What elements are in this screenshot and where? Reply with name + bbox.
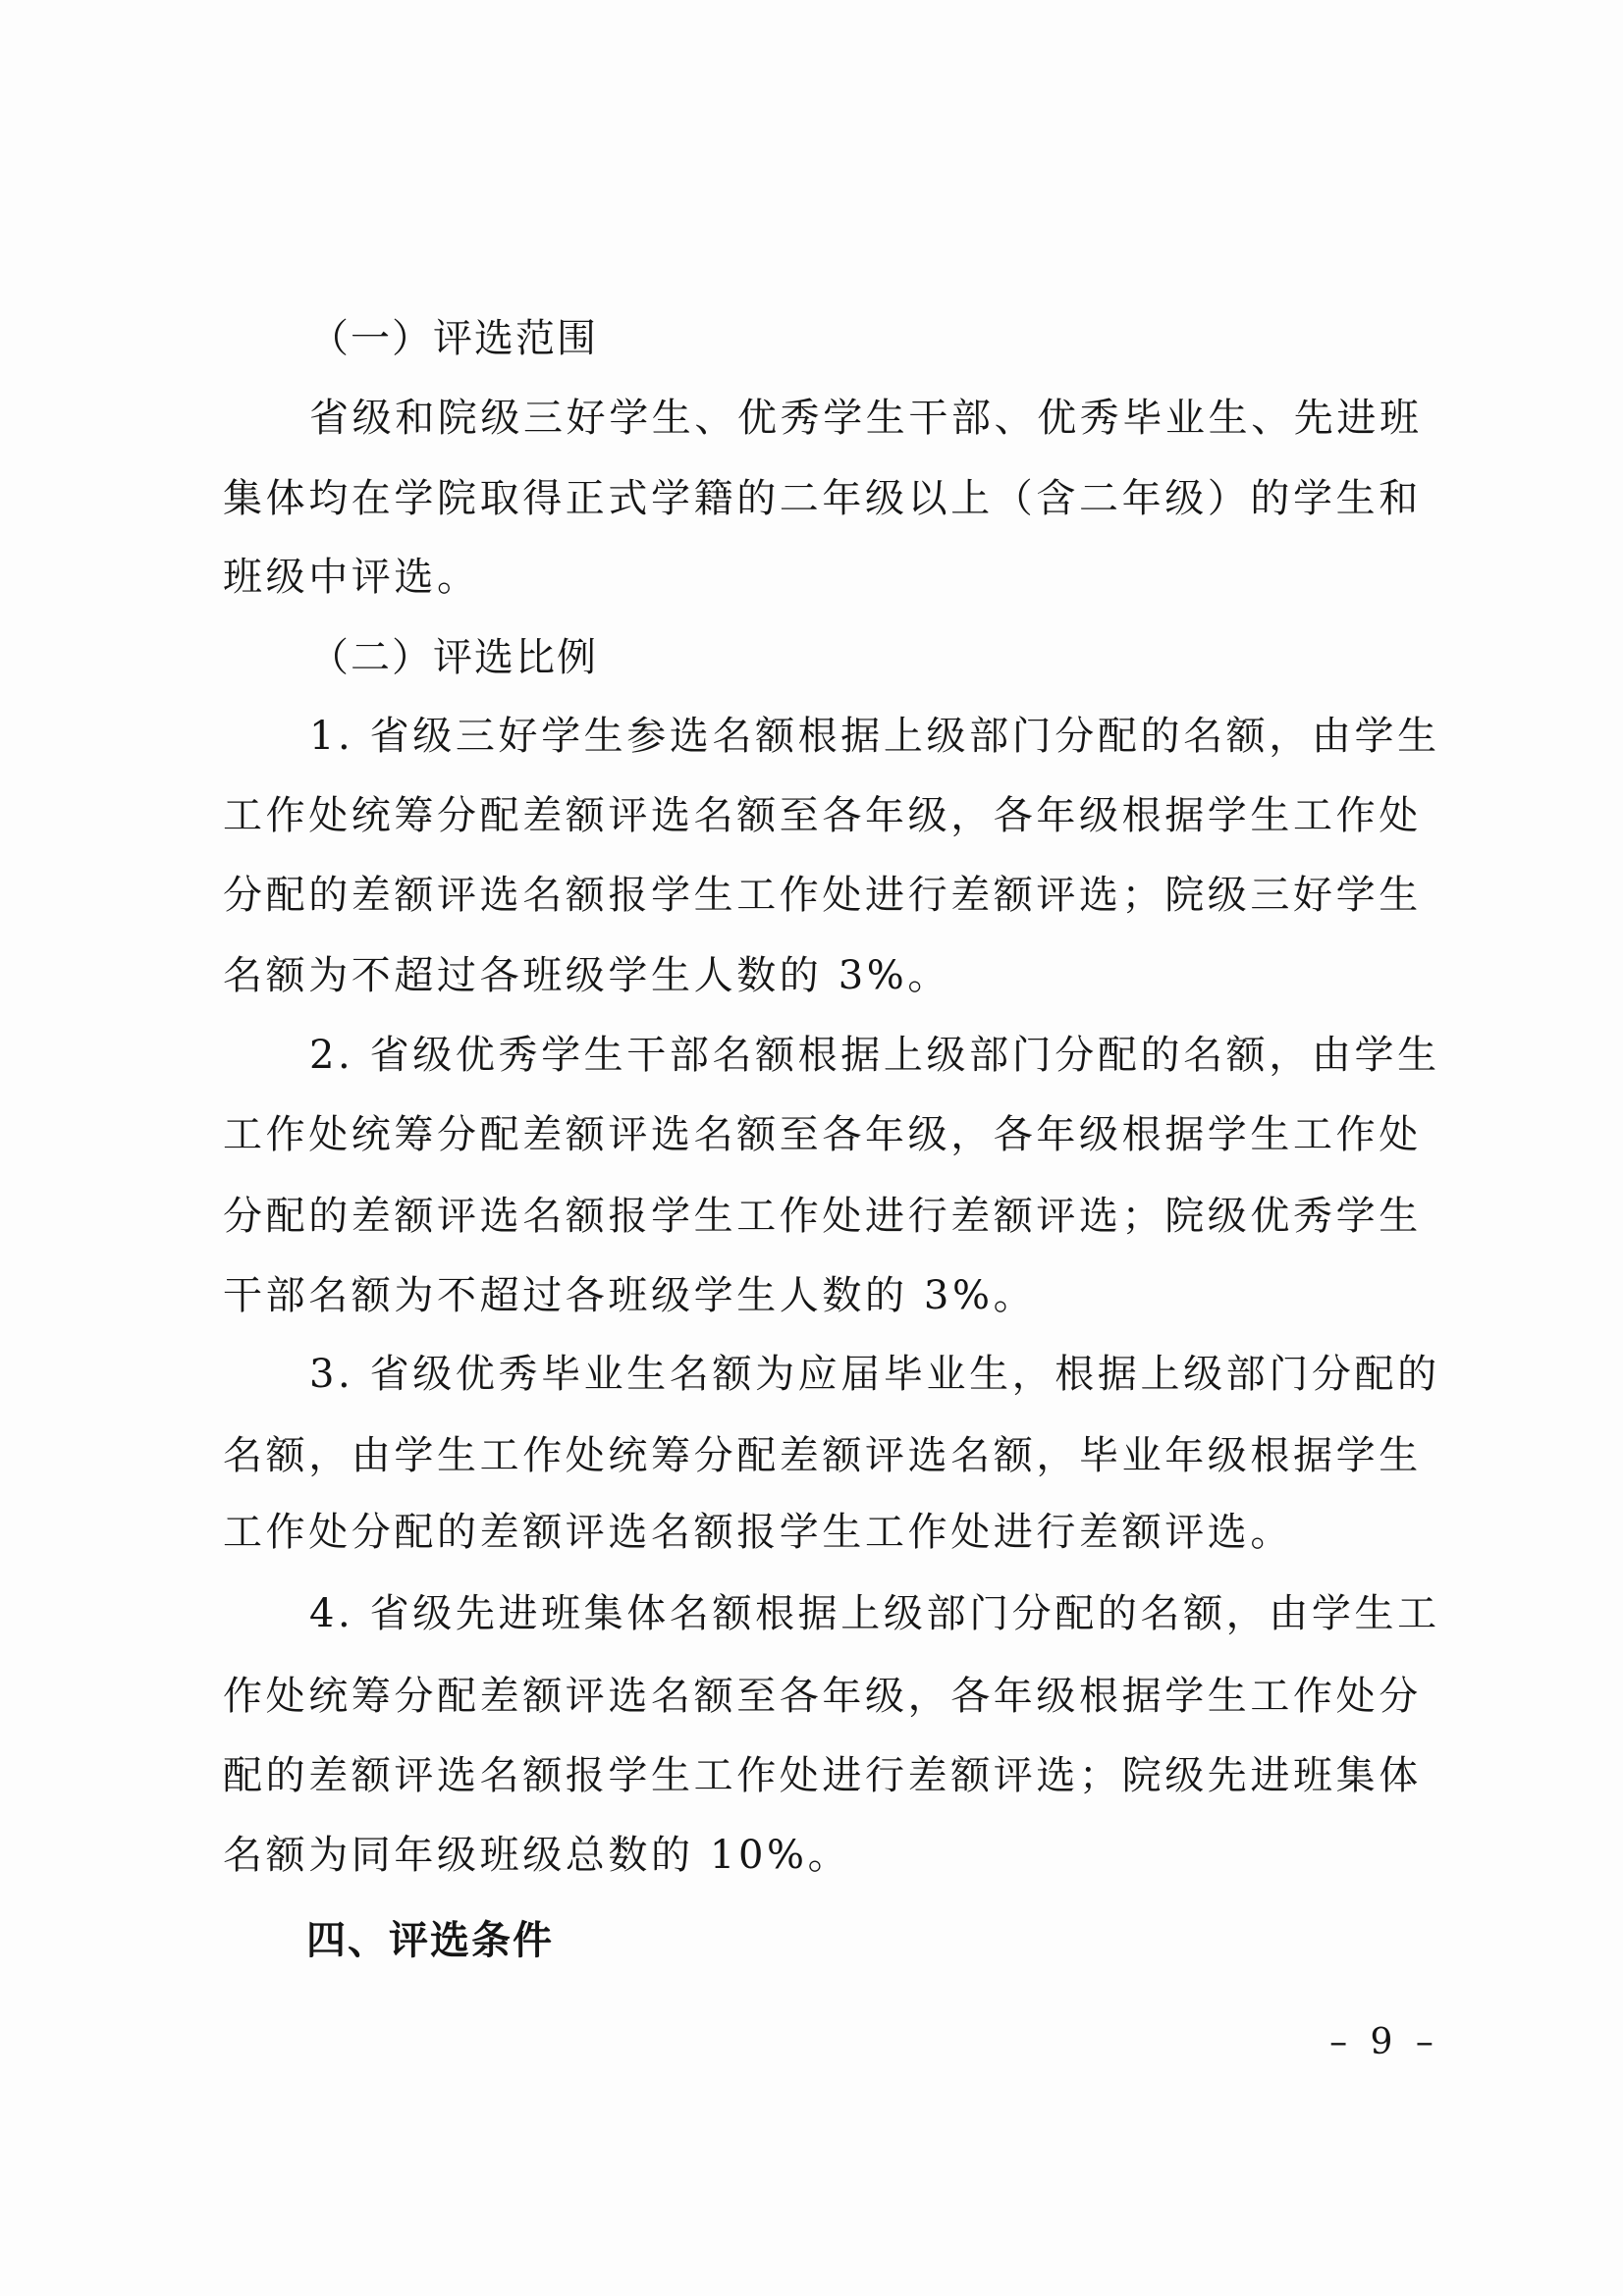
paragraph-line: 1. 省级三好学生参选名额根据上级部门分配的名额，由学生 [309,697,1527,775]
paragraph-line: 3. 省级优秀毕业生名额为应届毕业生，根据上级部门分配的 [309,1335,1527,1414]
paragraph-line: 工作处统筹分配差额评选名额至各年级，各年级根据学生工作处 [223,776,1440,855]
paragraph-line: 作处统筹分配差额评选名额至各年级，各年级根据学生工作处分 [223,1657,1440,1735]
page-number: – 9 – [1325,2018,1443,2067]
paragraph-line: 分配的差额评选名额报学生工作处进行差额评选；院级三好学生 [223,856,1440,934]
paragraph-line: 班级中评选。 [223,538,1440,616]
paragraph-line: 干部名额为不超过各班级学生人数的 3%。 [223,1256,1440,1335]
paragraph-line: 名额为同年级班级总数的 10%。 [223,1816,1440,1895]
section-title-criteria: 四、评选条件 [306,1901,1524,1980]
paragraph-line: 4. 省级先进班集体名额根据上级部门分配的名额，由学生工 [309,1575,1527,1653]
paragraph-line: 2. 省级优秀学生干部名额根据上级部门分配的名额，由学生 [309,1016,1527,1095]
subsection-heading-scope: （一）评选范围 [309,299,1527,378]
subsection-heading-ratio: （二）评选比例 [309,618,1527,697]
paragraph-line: 配的差额评选名额报学生工作处进行差额评选；院级先进班集体 [223,1736,1440,1815]
paragraph-line: 工作处统筹分配差额评选名额至各年级，各年级根据学生工作处 [223,1095,1440,1174]
paragraph-line: 集体均在学院取得正式学籍的二年级以上（含二年级）的学生和 [223,459,1440,538]
paragraph-line: 名额为不超过各班级学生人数的 3%。 [223,936,1440,1015]
paragraph-line: 名额，由学生工作处统筹分配差额评选名额，毕业年级根据学生 [223,1416,1440,1495]
paragraph-line: 工作处分配的差额评选名额报学生工作处进行差额评选。 [223,1493,1440,1572]
paragraph-line: 省级和院级三好学生、优秀学生干部、优秀毕业生、先进班 [309,379,1527,457]
document-page: （一）评选范围 省级和院级三好学生、优秀学生干部、优秀毕业生、先进班 集体均在学… [0,0,1623,2296]
paragraph-line: 分配的差额评选名额报学生工作处进行差额评选；院级优秀学生 [223,1177,1440,1255]
